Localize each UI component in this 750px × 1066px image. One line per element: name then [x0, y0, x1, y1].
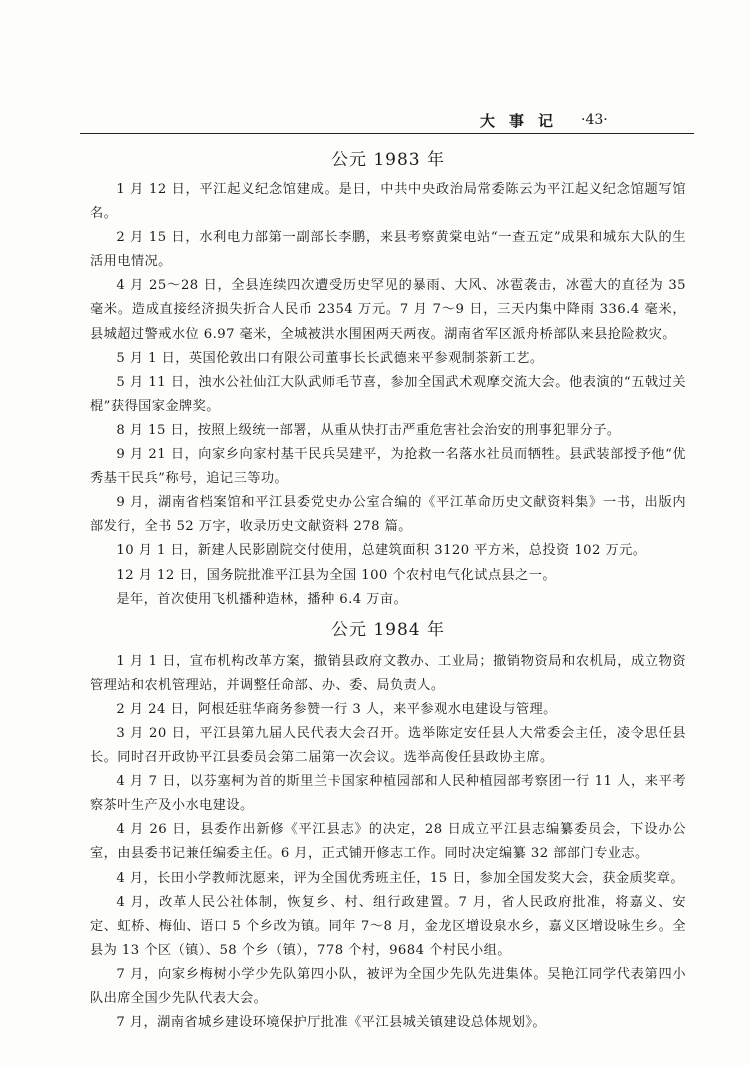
entry-paragraph: 3 月 20 日，平江县第九届人民代表大会召开。选举陈定安任县人大常委会主任，凌… [90, 722, 686, 770]
entry-paragraph: 12 月 12 日，国务院批准平江县为全国 100 个农村电气化试点县之一。 [90, 564, 686, 588]
entry-paragraph: 1 月 1 日，宣布机构改革方案，撤销县政府文教办、工业局；撤销物资局和农机局，… [90, 650, 686, 698]
entry-paragraph: 9 月 21 日，向家乡向家村基干民兵吴建平，为抢救一名落水社员而牺牲。县武装部… [90, 443, 686, 491]
header-rule [80, 133, 694, 134]
entry-paragraph: 4 月，长田小学教师沈愿来，评为全国优秀班主任，15 日，参加全国发奖大会，获金… [90, 867, 686, 891]
entry-paragraph: 8 月 15 日，按照上级统一部署，从重从快打击严重危害社会治安的刑事犯罪分子。 [90, 419, 686, 443]
entry-paragraph: 9 月，湖南省档案馆和平江县委党史办公室合编的《平江革命历史文献资料集》一书，出… [90, 491, 686, 539]
entry-paragraph: 2 月 24 日，阿根廷驻华商务参赞一行 3 人，来平参观水电建设与管理。 [90, 698, 686, 722]
entry-paragraph: 4 月 7 日，以芬塞柯为首的斯里兰卡国家种植园部和人民种植园部考察团一行 11… [90, 770, 686, 818]
entry-paragraph: 4 月 25～28 日，全县连续四次遭受历史罕见的暴雨、大风、冰雹袭击，冰雹大的… [90, 274, 686, 346]
entry-paragraph: 2 月 15 日，水利电力部第一副部长李鹏，来县考察黄棠电站“一查五定”成果和城… [90, 226, 686, 274]
entry-paragraph: 10 月 1 日，新建人民影剧院交付使用，总建筑面积 3120 平方米，总投资 … [90, 539, 686, 563]
year-heading-1983: 公元 1983 年 [90, 148, 686, 172]
year-heading-1984: 公元 1984 年 [90, 618, 686, 642]
entry-paragraph: 4 月，改革人民公社体制，恢复乡、村、组行政建置。7 月，省人民政府批准，将嘉义… [90, 891, 686, 963]
page-number: ·43· [581, 112, 608, 128]
entry-paragraph: 是年，首次使用飞机播种造林，播种 6.4 万亩。 [90, 588, 686, 612]
section-title: 大事记 [480, 110, 567, 131]
entry-paragraph: 4 月 26 日，县委作出新修《平江县志》的决定，28 日成立平江县志编纂委员会… [90, 818, 686, 866]
entry-paragraph: 5 月 11 日，浊水公社仙江大队武师毛节喜，参加全国武术观摩交流大会。他表演的… [90, 371, 686, 419]
entry-paragraph: 7 月，向家乡梅树小学少先队第四小队，被评为全国少先队先进集体。吴艳江同学代表第… [90, 963, 686, 1011]
running-header: 大事记 ·43· [480, 108, 690, 132]
entry-paragraph: 1 月 12 日，平江起义纪念馆建成。是日，中共中央政治局常委陈云为平江起义纪念… [90, 178, 686, 226]
page-body: 公元 1983 年 1 月 12 日，平江起义纪念馆建成。是日，中共中央政治局常… [90, 148, 686, 1035]
entry-paragraph: 7 月，湖南省城乡建设环境保护厅批准《平江县城关镇建设总体规划》。 [90, 1011, 686, 1035]
entry-paragraph: 5 月 1 日，英国伦敦出口有限公司董事长长武德来平参观制茶新工艺。 [90, 347, 686, 371]
